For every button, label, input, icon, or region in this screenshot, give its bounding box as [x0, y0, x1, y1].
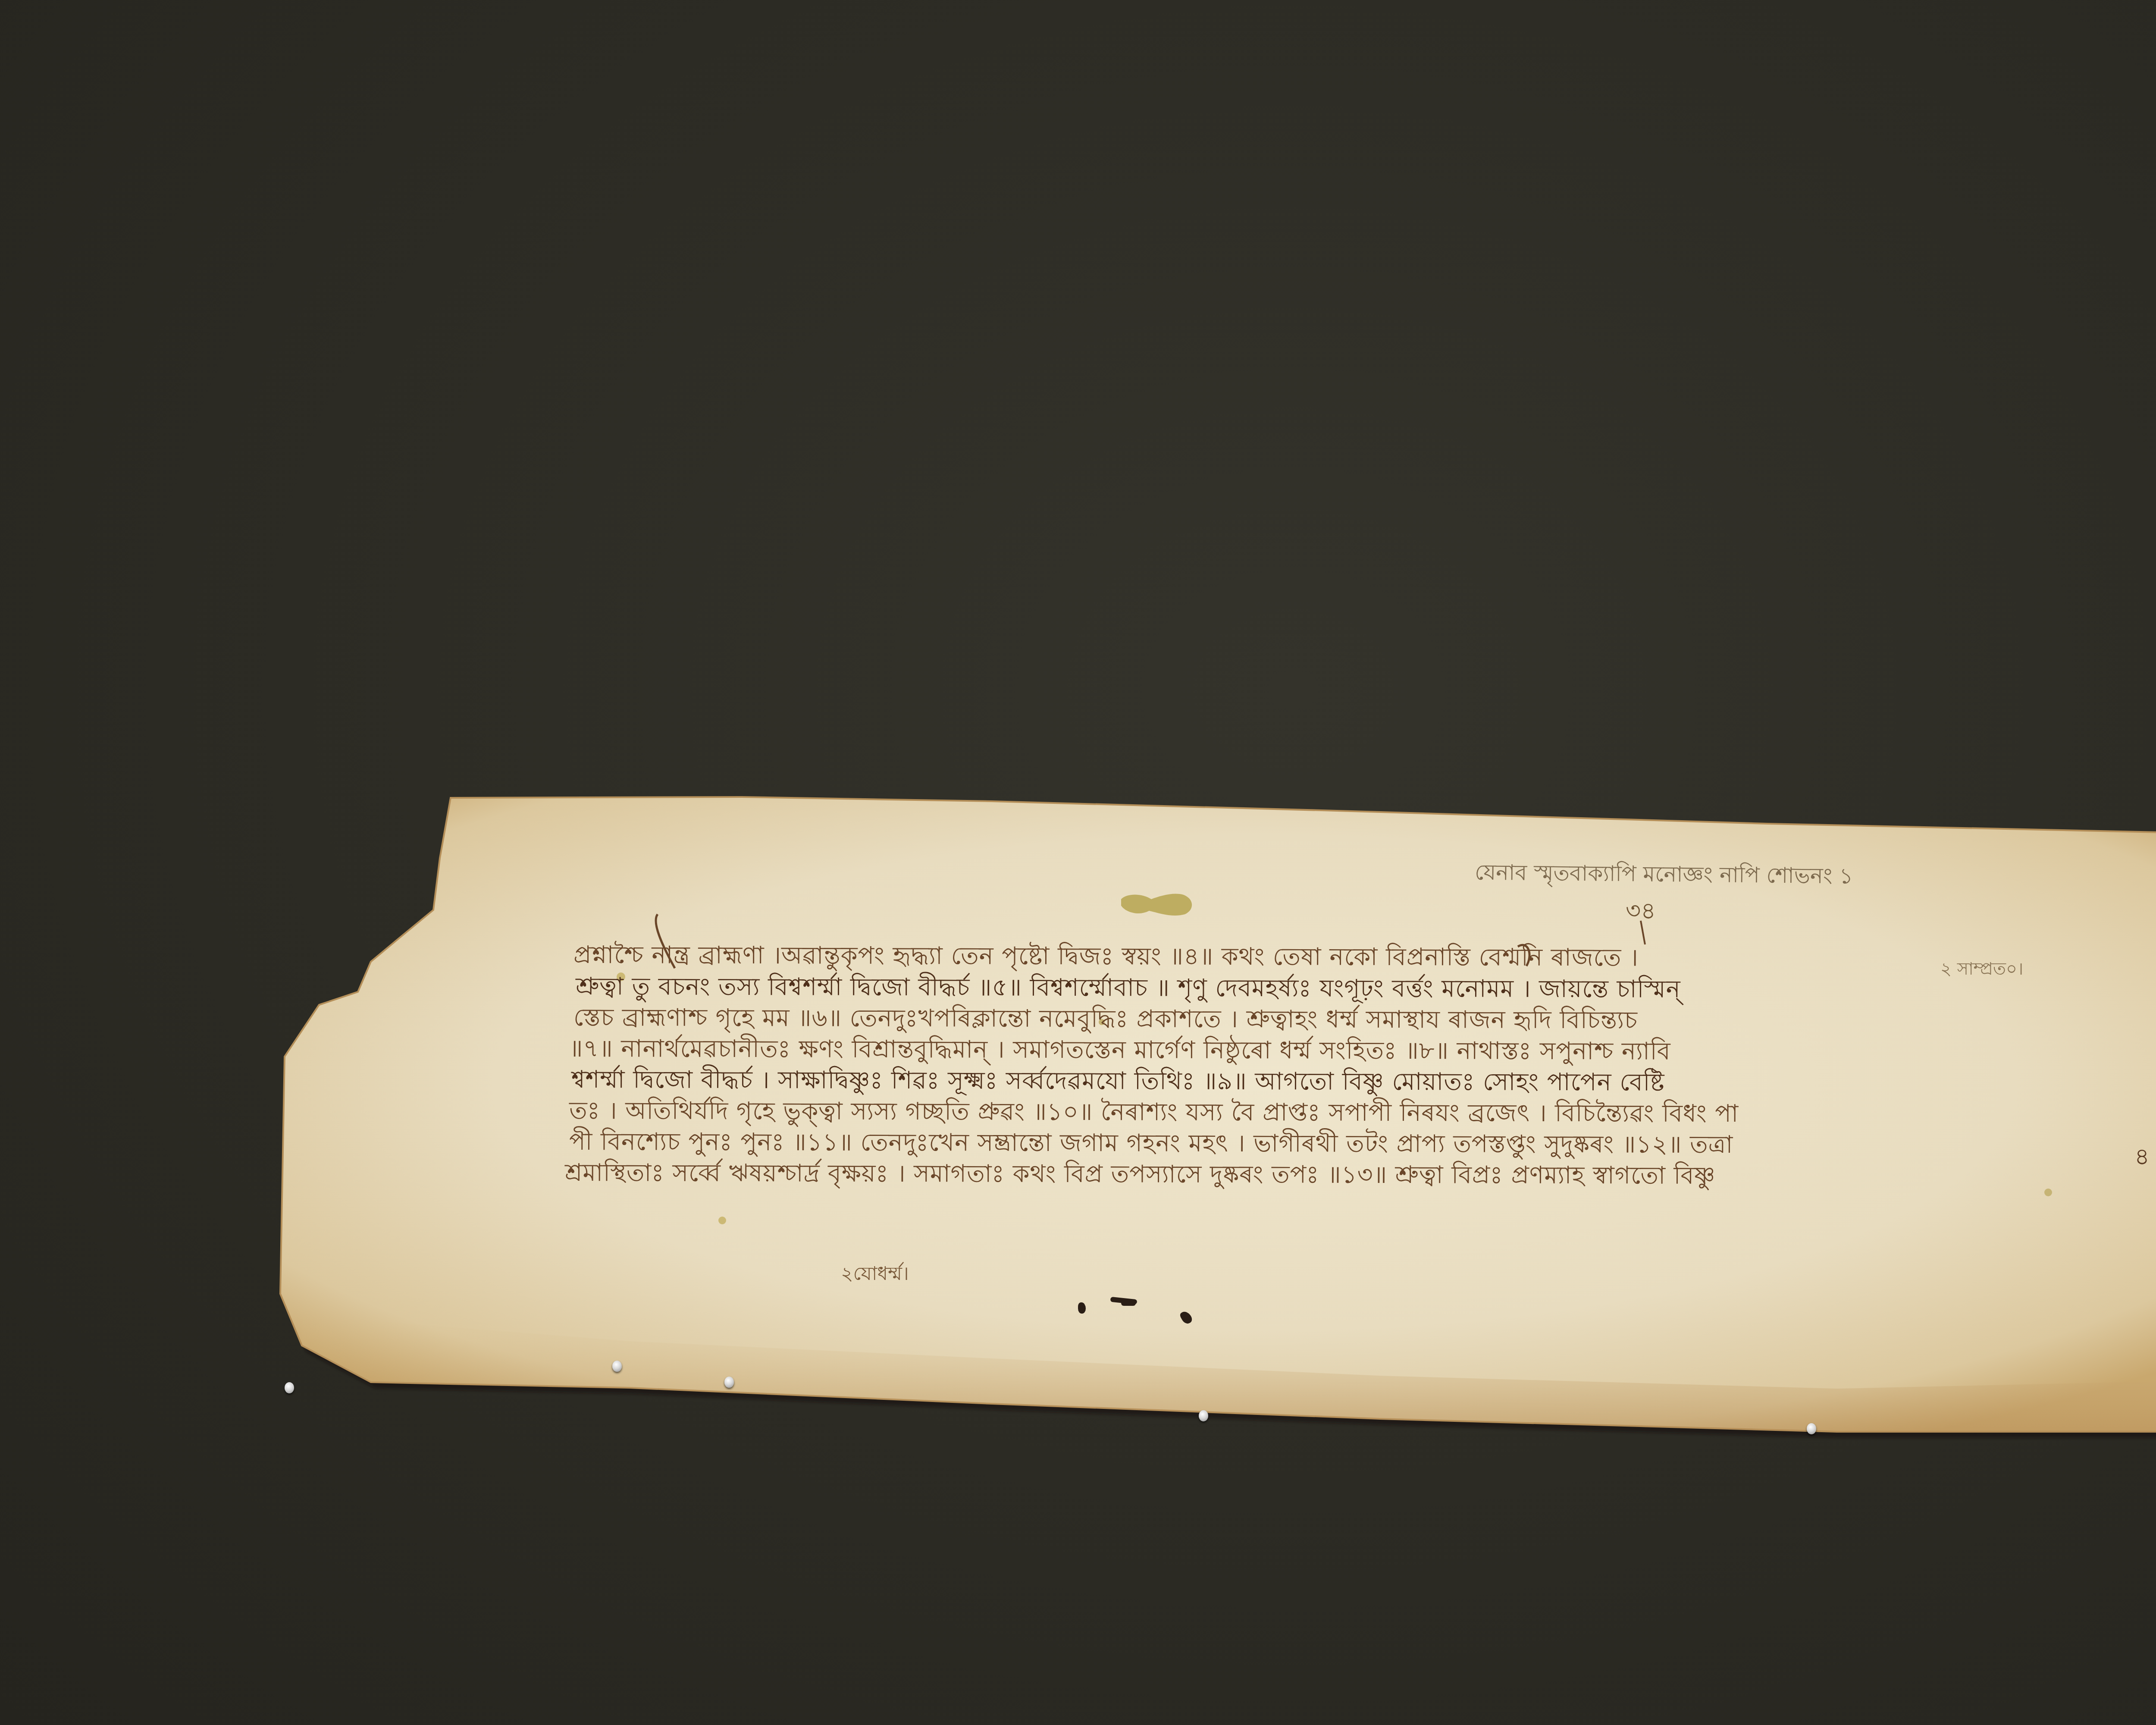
- bottom-margin-note: ২যোধৰ্ম্ম।: [841, 1259, 909, 1291]
- text-line-2: শ্ৰুত্বা তু বচনং তস্য বিশ্বশৰ্ম্মা দ্বিজ…: [576, 974, 1681, 1003]
- mounting-pin: [1199, 1410, 1208, 1421]
- top-margin-note: যেনাব স্মৃতবাক্যাপি মনোজ্ঞং নাপি শোভনং ১: [1475, 856, 1854, 896]
- mounting-pin: [285, 1382, 294, 1393]
- manuscript-text: যেনাব স্মৃতবাক্যাপি মনোজ্ঞং নাপি শোভনং ১…: [0, 0, 2156, 1725]
- text-line-1: প্রশ্নাশ্চৈ নান্ত্ৰ ব্ৰাহ্মণা ।অৱান্তুকৃ…: [573, 942, 1639, 971]
- text-line-7: পী বিনশ্যেচ পুনঃ পুনঃ ॥১১॥ তেনদুঃখেন সম্…: [569, 1129, 1733, 1158]
- mounting-pin: [724, 1377, 734, 1388]
- folio-number: ৩৪: [1626, 893, 1656, 931]
- text-line-5: শ্বশৰ্ম্মা দ্বিজো বীদ্ধৰ্চ । সাক্ষাদ্বিষ…: [571, 1067, 1665, 1096]
- text-line-4: ॥৭॥ নানাৰ্থমেৱচানীতঃ ক্ষণং বিশ্ৰান্তবুদ্…: [569, 1036, 1671, 1065]
- text-line-8: শ্ৰমাস্থিতাঃ সৰ্ব্বে ঋষয়শ্চাৰ্দ্ৰ বৃক্ষ…: [565, 1160, 1716, 1189]
- ink-blot: [1179, 1310, 1194, 1326]
- ink-blot: [1121, 1301, 1136, 1306]
- text-line-3: স্তেচ ব্ৰাহ্মণাশ্চ গৃহে মম ॥৬॥ তেনদুঃখপৰ…: [573, 1005, 1638, 1033]
- ink-blot: [1078, 1302, 1086, 1314]
- text-line-6: তঃ । অতিথির্যদি গৃহে ভুক্ত্বা স্যস্য গচ্…: [569, 1098, 1739, 1127]
- right-margin-note: ৪ কৰ্ম্মবি: [2134, 1138, 2156, 1177]
- mounting-pin: [612, 1361, 622, 1372]
- mounting-pin: [1807, 1423, 1816, 1434]
- interlinear-note: ২ সাম্প্রত০।: [1940, 955, 2023, 984]
